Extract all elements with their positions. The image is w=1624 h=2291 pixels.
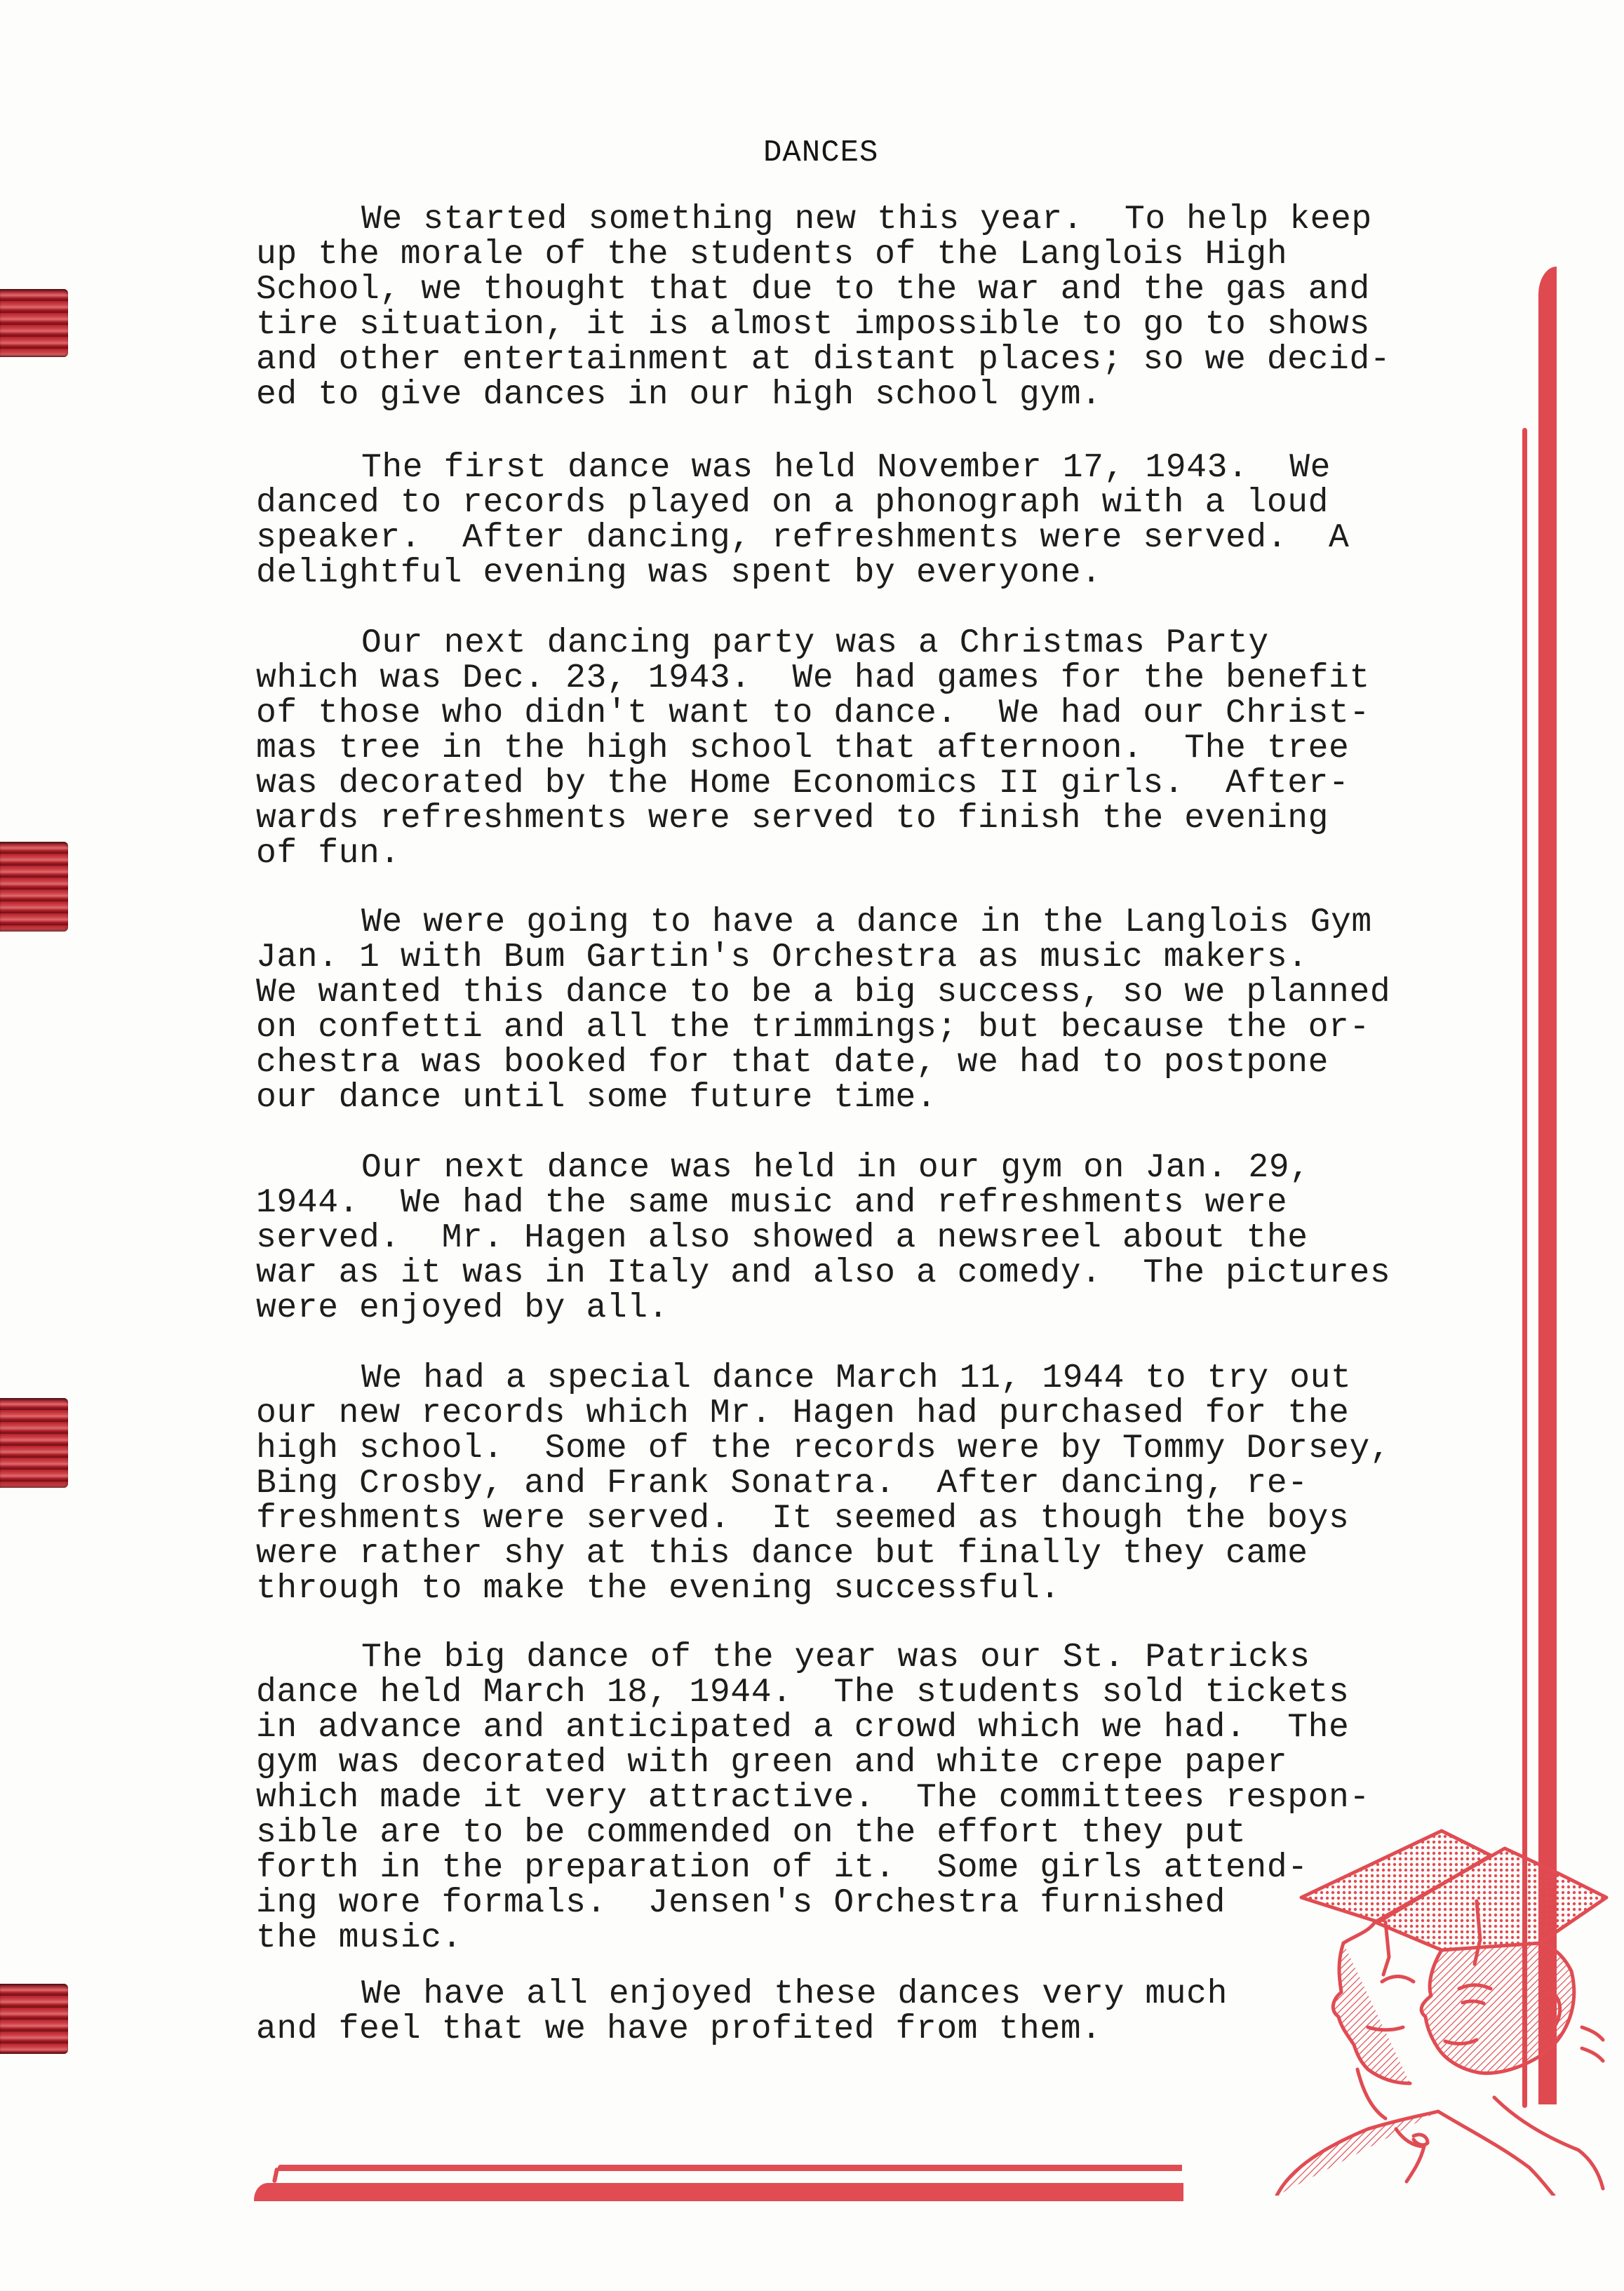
text-line: mas tree in the high school that afterno…: [256, 731, 1435, 766]
text-line: ed to give dances in our high school gym…: [256, 377, 1435, 412]
page-title: DANCES: [763, 135, 878, 170]
paragraph-4: We were going to have a dance in the Lan…: [256, 905, 1435, 1115]
text-line: served. Mr. Hagen also showed a newsreel…: [256, 1221, 1435, 1256]
paragraph-1: We started something new this year. To h…: [256, 202, 1435, 412]
text-line: were enjoyed by all.: [256, 1291, 1435, 1326]
bottom-border-line-thin: [277, 2165, 1182, 2171]
text-line: Jan. 1 with Bum Gartin's Orchestra as mu…: [256, 940, 1435, 975]
text-line: We started something new this year. To h…: [256, 202, 1435, 237]
paragraph-3: Our next dancing party was a Christmas P…: [256, 626, 1435, 871]
text-line: danced to records played on a phonograph…: [256, 485, 1435, 520]
text-line: tire situation, it is almost impossible …: [256, 307, 1435, 342]
yearbook-page: DANCES We started something new this yea…: [0, 0, 1624, 2291]
text-line: ing wore formals. Jensen's Orchestra fur…: [256, 1886, 1435, 1921]
text-line: delightful evening was spent by everyone…: [256, 556, 1435, 591]
paragraph-7: The big dance of the year was our St. Pa…: [256, 1640, 1435, 1956]
binding-tab-1: [0, 289, 68, 357]
text-line: Our next dancing party was a Christmas P…: [256, 626, 1435, 661]
text-line: freshments were served. It seemed as tho…: [256, 1501, 1435, 1536]
text-line: of fun.: [256, 836, 1435, 871]
bottom-border-line-thick: [254, 2183, 1183, 2201]
text-line: and other entertainment at distant place…: [256, 342, 1435, 377]
text-line: the music.: [256, 1921, 1435, 1956]
text-line: We wanted this dance to be a big success…: [256, 975, 1435, 1010]
text-line: We were going to have a dance in the Lan…: [256, 905, 1435, 940]
text-line: high school. Some of the records were by…: [256, 1431, 1435, 1466]
binding-tab-3: [0, 1398, 68, 1488]
graduates-in-caps-icon: [1263, 1817, 1624, 2196]
text-line: speaker. After dancing, refreshments wer…: [256, 520, 1435, 556]
paragraph-8: We have all enjoyed these dances very mu…: [256, 1977, 1435, 2047]
text-line: gym was decorated with green and white c…: [256, 1745, 1435, 1780]
text-line: sible are to be commended on the effort …: [256, 1815, 1435, 1850]
text-line: wards refreshments were served to finish…: [256, 801, 1435, 836]
text-line: our dance until some future time.: [256, 1080, 1435, 1115]
text-line: dance held March 18, 1944. The students …: [256, 1675, 1435, 1710]
text-line: Bing Crosby, and Frank Sonatra. After da…: [256, 1466, 1435, 1501]
text-line: which was Dec. 23, 1943. We had games fo…: [256, 661, 1435, 696]
text-line: The first dance was held November 17, 19…: [256, 450, 1435, 485]
text-line: which made it very attractive. The commi…: [256, 1780, 1435, 1815]
paragraph-6: We had a special dance March 11, 1944 to…: [256, 1361, 1435, 1606]
text-line: forth in the preparation of it. Some gir…: [256, 1850, 1435, 1886]
text-line: up the morale of the students of the Lan…: [256, 237, 1435, 272]
text-line: in advance and anticipated a crowd which…: [256, 1710, 1435, 1745]
text-line: on confetti and all the trimmings; but b…: [256, 1010, 1435, 1045]
text-line: through to make the evening successful.: [256, 1571, 1435, 1606]
text-line: chestra was booked for that date, we had…: [256, 1045, 1435, 1080]
text-line: our new records which Mr. Hagen had purc…: [256, 1396, 1435, 1431]
text-line: was decorated by the Home Economics II g…: [256, 766, 1435, 801]
text-line: of those who didn't want to dance. We ha…: [256, 696, 1435, 731]
text-line: School, we thought that due to the war a…: [256, 272, 1435, 307]
paragraph-5: Our next dance was held in our gym on Ja…: [256, 1150, 1435, 1326]
binding-tab-2: [0, 842, 68, 932]
text-line: Our next dance was held in our gym on Ja…: [256, 1150, 1435, 1185]
binding-tab-4: [0, 1984, 68, 2054]
text-line: We have all enjoyed these dances very mu…: [256, 1977, 1435, 2012]
text-line: war as it was in Italy and also a comedy…: [256, 1256, 1435, 1291]
text-line: We had a special dance March 11, 1944 to…: [256, 1361, 1435, 1396]
text-line: 1944. We had the same music and refreshm…: [256, 1185, 1435, 1221]
text-line: were rather shy at this dance but finall…: [256, 1536, 1435, 1571]
text-line: and feel that we have profited from them…: [256, 2012, 1435, 2047]
text-line: The big dance of the year was our St. Pa…: [256, 1640, 1435, 1675]
paragraph-2: The first dance was held November 17, 19…: [256, 450, 1435, 591]
